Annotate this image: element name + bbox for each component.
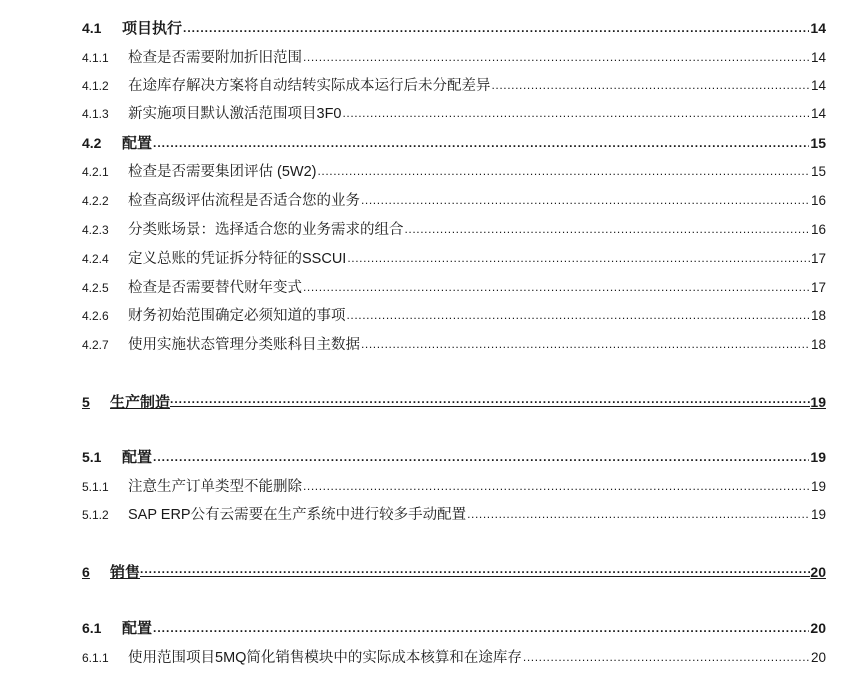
dot-leader xyxy=(303,48,810,62)
toc-entry-4-2-3[interactable]: 4.2.3 分类账场景：选择适合您的业务需求的组合 16 xyxy=(82,218,826,240)
toc-entry-number: 6.1 xyxy=(82,620,122,636)
toc-entry-4-2-1[interactable]: 4.2.1 检查是否需要集团评估 (5W2) 15 xyxy=(82,160,826,182)
toc-entry-page: 17 xyxy=(811,280,826,295)
toc-entry-title: 生产制造 xyxy=(110,391,170,412)
toc-entry-title: 配置 xyxy=(122,446,152,467)
toc-entry-4-2-5[interactable]: 4.2.5 检查是否需要替代财年变式 17 xyxy=(82,276,826,298)
dot-leader xyxy=(361,191,810,205)
dot-leader xyxy=(183,19,809,33)
toc-entry-page: 14 xyxy=(811,50,826,65)
toc-entry-title: SAP ERP公有云需要在生产系统中进行较多手动配置 xyxy=(128,503,466,524)
dot-leader xyxy=(153,619,809,633)
toc-entry-number: 5.1 xyxy=(82,449,122,465)
toc-entry-page: 19 xyxy=(810,449,826,465)
toc-entry-4-1-1[interactable]: 4.1.1 检查是否需要附加折旧范围 14 xyxy=(82,46,826,68)
toc-entry-5-1-2[interactable]: 5.1.2 SAP ERP公有云需要在生产系统中进行较多手动配置 19 xyxy=(82,503,826,525)
toc-entry-title: 检查高级评估流程是否适合您的业务 xyxy=(128,189,360,210)
table-of-contents: 4.1 项目执行 14 4.1.1 检查是否需要附加折旧范围 14 4.1.2 … xyxy=(0,0,861,685)
toc-entry-4-1-3[interactable]: 4.1.3 新实施项目默认激活范围项目3F0 14 xyxy=(82,102,826,124)
toc-entry-4-2-4[interactable]: 4.2.4 定义总账的凭证拆分特征的SSCUI 17 xyxy=(82,247,826,269)
toc-entry-number: 4.2 xyxy=(82,135,122,151)
toc-entry-title: 使用实施状态管理分类账科目主数据 xyxy=(128,333,360,354)
toc-entry-page: 14 xyxy=(811,106,826,121)
dot-leader xyxy=(361,335,810,349)
toc-entry-title: 新实施项目默认激活范围项目3F0 xyxy=(128,102,342,123)
toc-entry-4-2-2[interactable]: 4.2.2 检查高级评估流程是否适合您的业务 16 xyxy=(82,189,826,211)
toc-entry-page: 17 xyxy=(811,251,826,266)
toc-entry-number: 6.1.1 xyxy=(82,651,128,665)
toc-entry-page: 15 xyxy=(811,164,826,179)
toc-entry-number: 4.1 xyxy=(82,20,122,36)
toc-entry-number: 4.2.4 xyxy=(82,252,128,266)
toc-entry-page: 18 xyxy=(811,337,826,352)
toc-entry-number: 4.2.1 xyxy=(82,165,128,179)
toc-entry-page: 16 xyxy=(811,193,826,208)
dot-leader xyxy=(347,249,810,263)
toc-entry-page: 19 xyxy=(811,507,826,522)
toc-entry-page: 18 xyxy=(811,308,826,323)
toc-entry-number: 4.1.3 xyxy=(82,107,128,121)
toc-entry-page: 16 xyxy=(811,222,826,237)
toc-entry-page: 14 xyxy=(811,78,826,93)
dot-leader xyxy=(153,134,809,148)
dot-leader xyxy=(347,306,810,320)
dot-leader xyxy=(467,505,810,519)
dot-leader xyxy=(405,220,810,234)
toc-entry-4-2-6[interactable]: 4.2.6 财务初始范围确定必须知道的事项 18 xyxy=(82,304,826,326)
dot-leader xyxy=(492,76,810,90)
toc-entry-number: 4.1.2 xyxy=(82,79,128,93)
dot-leader xyxy=(153,448,809,462)
toc-entry-title: 在途库存解决方案将自动结转实际成本运行后未分配差异 xyxy=(128,74,491,95)
toc-entry-5-1-1[interactable]: 5.1.1 注意生产订单类型不能删除 19 xyxy=(82,475,826,497)
toc-entry-page: 20 xyxy=(810,564,826,580)
toc-entry-title: 销售 xyxy=(110,561,140,582)
dot-leader xyxy=(170,391,810,407)
toc-entry-title: 配置 xyxy=(122,617,152,638)
dot-leader xyxy=(303,278,810,292)
toc-entry-page: 15 xyxy=(810,135,826,151)
toc-entry-page: 19 xyxy=(811,479,826,494)
toc-entry-number: 6 xyxy=(82,564,110,580)
dot-leader xyxy=(523,648,810,662)
dot-leader xyxy=(140,561,810,577)
toc-entry-6-1-1[interactable]: 6.1.1 使用范围项目5MQ简化销售模块中的实际成本核算和在途库存 20 xyxy=(82,646,826,668)
toc-entry-page: 20 xyxy=(811,650,826,665)
toc-entry-5[interactable]: 5 生产制造 19 xyxy=(82,391,826,413)
toc-entry-title: 分类账场景：选择适合您的业务需求的组合 xyxy=(128,218,404,239)
toc-entry-title: 财务初始范围确定必须知道的事项 xyxy=(128,304,346,325)
toc-entry-number: 4.2.7 xyxy=(82,338,128,352)
toc-entry-title: 注意生产订单类型不能删除 xyxy=(128,475,302,496)
toc-entry-4-2-7[interactable]: 4.2.7 使用实施状态管理分类账科目主数据 18 xyxy=(82,333,826,355)
toc-entry-title: 定义总账的凭证拆分特征的SSCUI xyxy=(128,247,346,268)
toc-entry-page: 14 xyxy=(810,20,826,36)
toc-entry-title: 配置 xyxy=(122,132,152,153)
toc-entry-number: 4.2.5 xyxy=(82,281,128,295)
toc-entry-4-1-2[interactable]: 4.1.2 在途库存解决方案将自动结转实际成本运行后未分配差异 14 xyxy=(82,74,826,96)
toc-entry-title: 检查是否需要附加折旧范围 xyxy=(128,46,302,67)
toc-entry-number: 4.2.2 xyxy=(82,194,128,208)
toc-entry-number: 5.1.2 xyxy=(82,508,128,522)
dot-leader xyxy=(303,477,810,491)
toc-entry-number: 5.1.1 xyxy=(82,480,128,494)
toc-entry-title: 使用范围项目5MQ简化销售模块中的实际成本核算和在途库存 xyxy=(128,646,522,667)
dot-leader xyxy=(318,162,810,176)
toc-entry-6[interactable]: 6 销售 20 xyxy=(82,561,826,583)
toc-entry-number: 5 xyxy=(82,394,110,410)
toc-entry-number: 4.2.3 xyxy=(82,223,128,237)
toc-entry-title: 检查是否需要替代财年变式 xyxy=(128,276,302,297)
toc-entry-4-1[interactable]: 4.1 项目执行 14 xyxy=(82,17,826,39)
toc-entry-title: 项目执行 xyxy=(122,17,182,38)
toc-entry-number: 4.2.6 xyxy=(82,309,128,323)
toc-entry-page: 20 xyxy=(810,620,826,636)
toc-entry-title: 检查是否需要集团评估 (5W2) xyxy=(128,160,317,181)
toc-entry-page: 19 xyxy=(810,394,826,410)
toc-entry-number: 4.1.1 xyxy=(82,51,128,65)
toc-entry-6-1[interactable]: 6.1 配置 20 xyxy=(82,617,826,639)
toc-entry-4-2[interactable]: 4.2 配置 15 xyxy=(82,132,826,154)
dot-leader xyxy=(343,104,810,118)
toc-entry-5-1[interactable]: 5.1 配置 19 xyxy=(82,446,826,468)
